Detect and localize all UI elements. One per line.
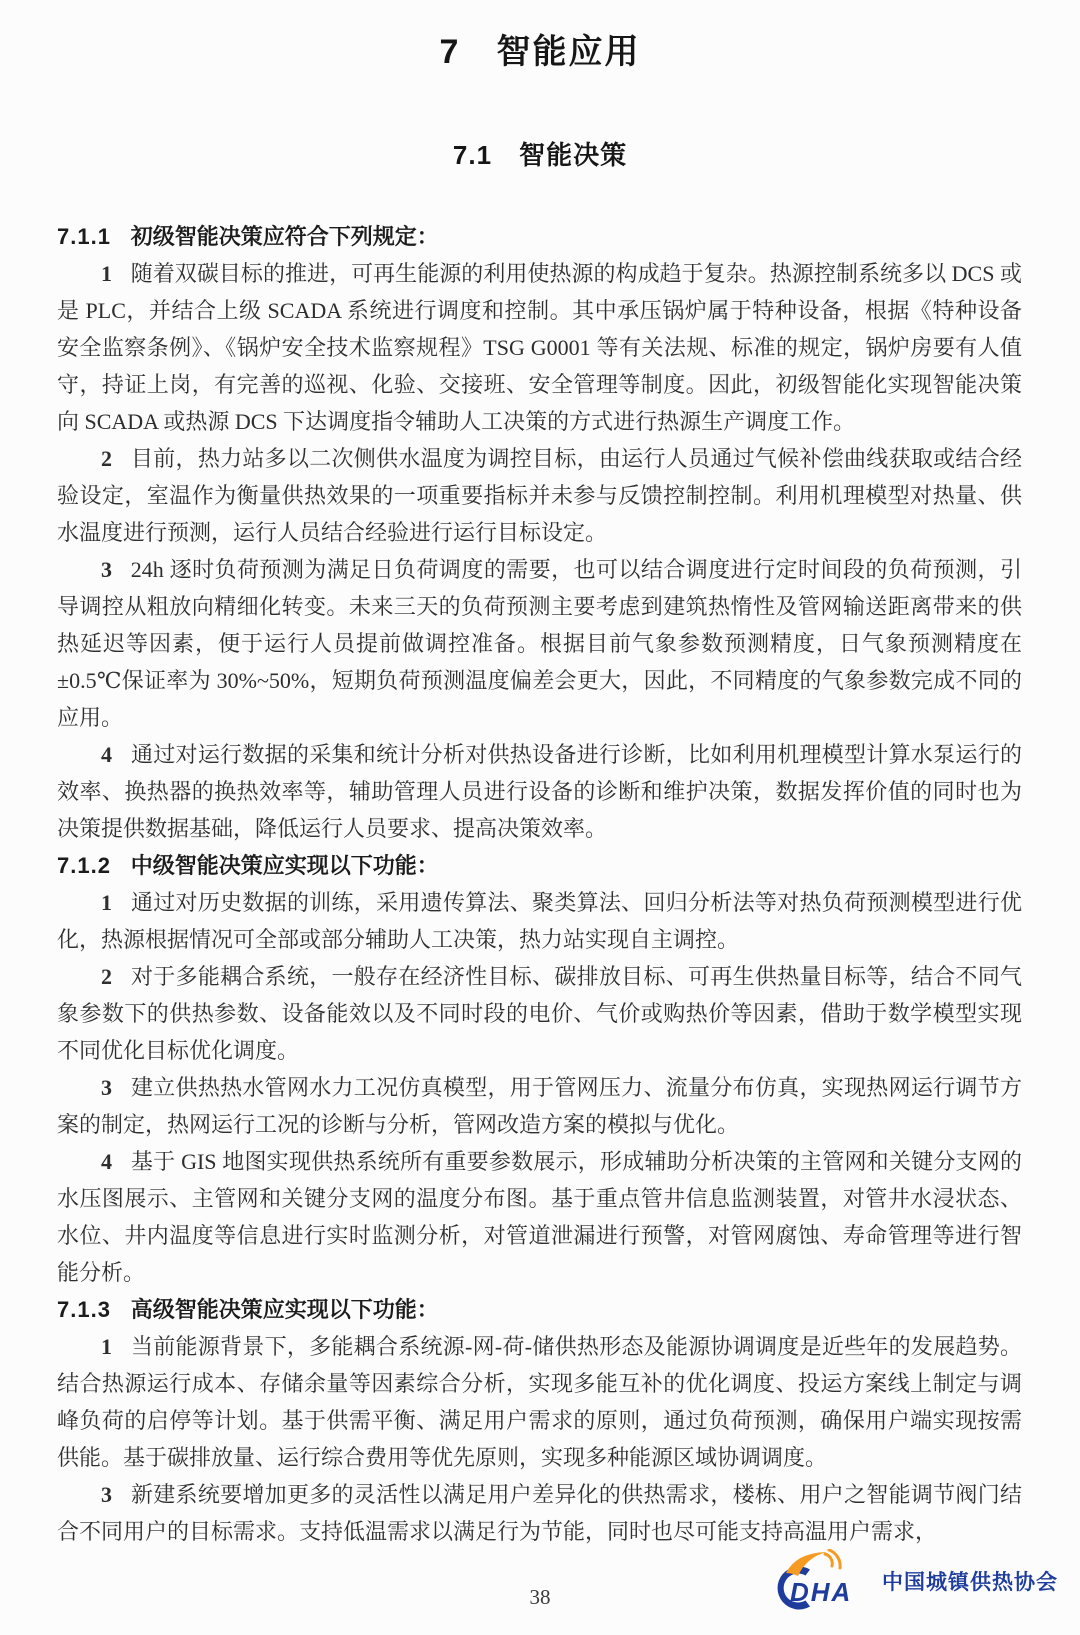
association-logo: DHA 中国城镇供热协会 [770, 1548, 1058, 1614]
clause-title: 初级智能决策应符合下列规定： [131, 224, 439, 249]
item-number: 4 [101, 742, 112, 767]
clause-item: 324h 逐时负荷预测为满足日负荷调度的需要，也可以结合调度进行定时间段的负荷预… [57, 551, 1022, 736]
clause-item: 1通过对历史数据的训练，采用遗传算法、聚类算法、回归分析法等对热负荷预测模型进行… [57, 884, 1022, 958]
document-page: 7 智能应用 7.1 智能决策 7.1.1初级智能决策应符合下列规定：1随着双碳… [0, 0, 1080, 1635]
cdha-logo-icon: DHA [770, 1549, 872, 1613]
item-number: 1 [101, 261, 112, 286]
item-text: 随着双碳目标的推进，可再生能源的利用使热源的构成趋于复杂。热源控制系统多以 DC… [57, 261, 1022, 434]
clause-heading: 7.1.1初级智能决策应符合下列规定： [57, 218, 1022, 255]
chapter-title: 7 智能应用 [0, 30, 1080, 74]
clause-item: 2对于多能耦合系统，一般存在经济性目标、碳排放目标、可再生供热量目标等，结合不同… [57, 958, 1022, 1069]
clause-item: 1随着双碳目标的推进，可再生能源的利用使热源的构成趋于复杂。热源控制系统多以 D… [57, 255, 1022, 440]
document-body: 7.1.1初级智能决策应符合下列规定：1随着双碳目标的推进，可再生能源的利用使热… [57, 218, 1022, 1550]
item-text: 基于 GIS 地图实现供热系统所有重要参数展示，形成辅助分析决策的主管网和关键分… [57, 1149, 1022, 1285]
logo-acronym: DHA [790, 1577, 852, 1608]
clause-item: 3建立供热热水管网水力工况仿真模型，用于管网压力、流量分布仿真，实现热网运行调节… [57, 1069, 1022, 1143]
item-text: 通过对运行数据的采集和统计分析对供热设备进行诊断，比如利用机理模型计算水泵运行的… [57, 742, 1022, 841]
item-number: 1 [101, 890, 112, 915]
clause-heading: 7.1.3高级智能决策应实现以下功能： [57, 1291, 1022, 1328]
item-text: 目前，热力站多以二次侧供水温度为调控目标，由运行人员通过气候补偿曲线获取或结合经… [57, 446, 1022, 545]
clause-item: 2目前，热力站多以二次侧供水温度为调控目标，由运行人员通过气候补偿曲线获取或结合… [57, 440, 1022, 551]
item-number: 3 [101, 557, 112, 582]
clause-item: 4通过对运行数据的采集和统计分析对供热设备进行诊断，比如利用机理模型计算水泵运行… [57, 736, 1022, 847]
item-text: 当前能源背景下，多能耦合系统源-网-荷-储供热形态及能源协调调度是近些年的发展趋… [57, 1334, 1022, 1470]
clause-item: 1当前能源背景下，多能耦合系统源-网-荷-储供热形态及能源协调调度是近些年的发展… [57, 1328, 1022, 1476]
clause-number: 7.1.3 [57, 1297, 111, 1322]
item-text: 对于多能耦合系统，一般存在经济性目标、碳排放目标、可再生供热量目标等，结合不同气… [57, 964, 1022, 1063]
item-text: 建立供热热水管网水力工况仿真模型，用于管网压力、流量分布仿真，实现热网运行调节方… [57, 1075, 1022, 1137]
item-text: 通过对历史数据的训练，采用遗传算法、聚类算法、回归分析法等对热负荷预测模型进行优… [57, 890, 1022, 952]
clause-item: 4基于 GIS 地图实现供热系统所有重要参数展示，形成辅助分析决策的主管网和关键… [57, 1143, 1022, 1291]
clause-title: 高级智能决策应实现以下功能： [131, 1297, 439, 1322]
clause-item: 3新建系统要增加更多的灵活性以满足用户差异化的供热需求，楼栋、用户之智能调节阀门… [57, 1476, 1022, 1550]
item-text: 新建系统要增加更多的灵活性以满足用户差异化的供热需求，楼栋、用户之智能调节阀门结… [57, 1482, 1022, 1544]
clause-heading: 7.1.2中级智能决策应实现以下功能： [57, 847, 1022, 884]
clause-title: 中级智能决策应实现以下功能： [131, 853, 439, 878]
item-number: 4 [101, 1149, 112, 1174]
logo-org-name: 中国城镇供热协会 [882, 1566, 1058, 1596]
clause-number: 7.1.1 [57, 224, 111, 249]
section-title: 7.1 智能决策 [0, 138, 1080, 172]
item-number: 2 [101, 446, 112, 471]
clause-number: 7.1.2 [57, 853, 111, 878]
item-text: 24h 逐时负荷预测为满足日负荷调度的需要，也可以结合调度进行定时间段的负荷预测… [57, 557, 1022, 730]
item-number: 3 [101, 1075, 112, 1100]
item-number: 2 [101, 964, 112, 989]
item-number: 3 [101, 1482, 112, 1507]
item-number: 1 [101, 1334, 112, 1359]
